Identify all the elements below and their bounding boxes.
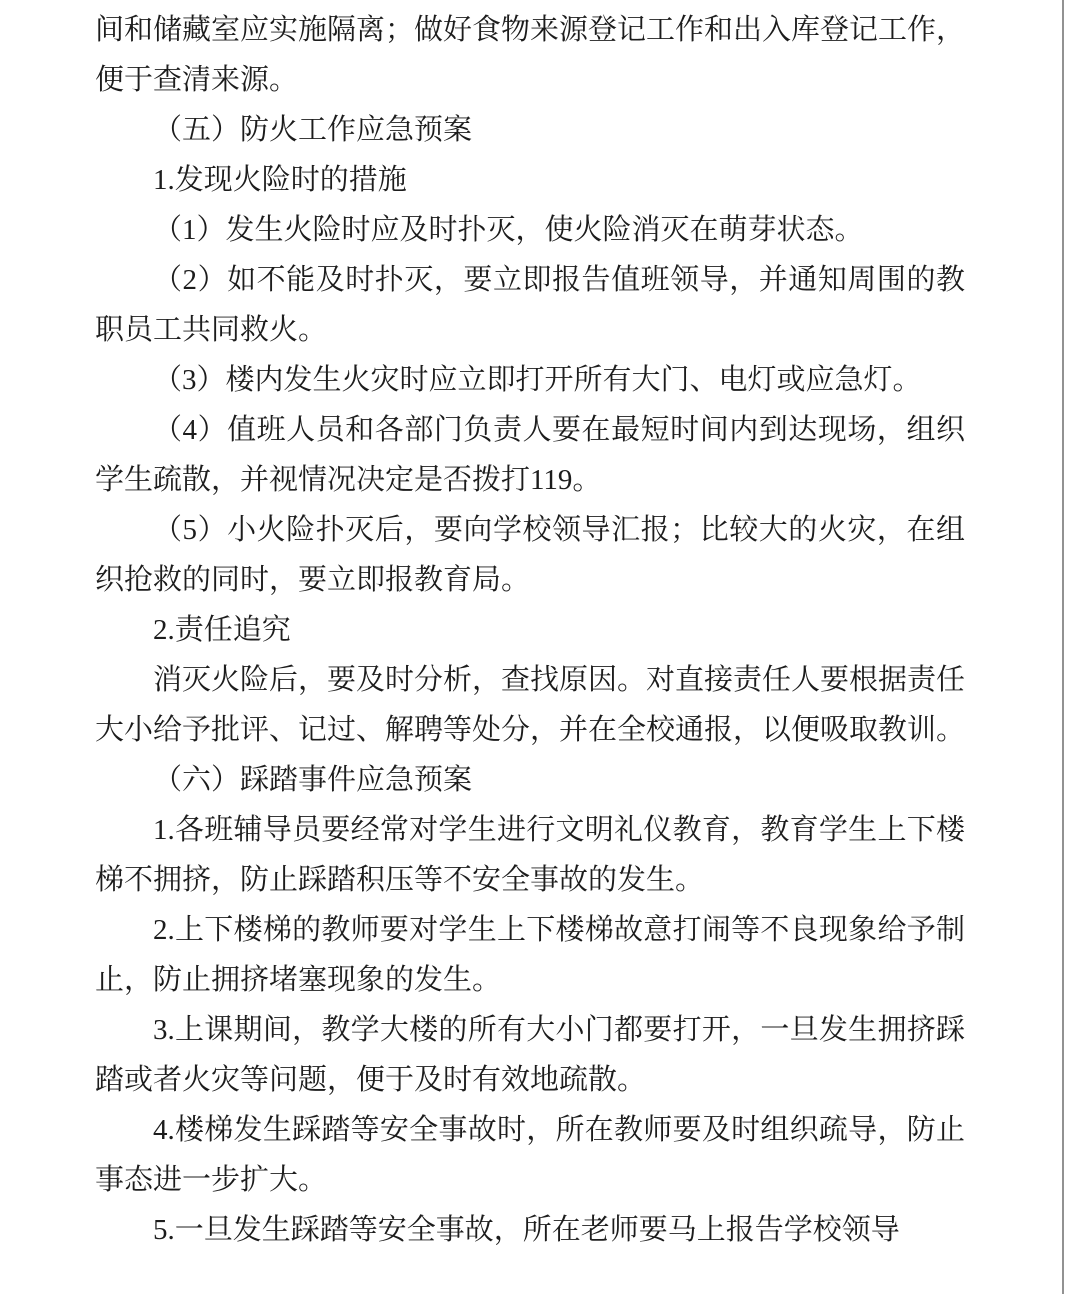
paragraph-storage-isolation-continuation: 间和储藏室应实施隔离；做好食物来源登记工作和出入库登记工作，便于查清来源。 [95,5,965,105]
subheading-fire-measures: 1.发现火险时的措施 [95,155,965,205]
document-page: 间和储藏室应实施隔离；做好食物来源登记工作和出入库登记工作，便于查清来源。 （五… [0,0,1066,1294]
subheading-responsibility: 2.责任追究 [95,605,965,655]
paragraph-fire-item-4: （4）值班人员和各部门负责人要在最短时间内到达现场，组织学生疏散，并视情况决定是… [95,405,965,505]
paragraph-fire-item-1: （1）发生火险时应及时扑灭，使火险消灭在萌芽状态。 [95,205,965,255]
paragraph-fire-item-2: （2）如不能及时扑灭，要立即报告值班领导，并通知周围的教职员工共同救火。 [95,255,965,355]
paragraph-stampede-item-3: 3.上课期间，教学大楼的所有大小门都要打开，一旦发生拥挤踩踏或者火灾等问题，便于… [95,1005,965,1105]
document-body-text: 间和储藏室应实施隔离；做好食物来源登记工作和出入库登记工作，便于查清来源。 （五… [95,5,965,1255]
section-heading-stampede-plan: （六）踩踏事件应急预案 [95,755,965,805]
paragraph-stampede-item-1: 1.各班辅导员要经常对学生进行文明礼仪教育，教育学生上下楼梯不拥挤，防止踩踏积压… [95,805,965,905]
paragraph-fire-item-3: （3）楼内发生火灾时应立即打开所有大门、电灯或应急灯。 [95,355,965,405]
paragraph-stampede-item-2: 2.上下楼梯的教师要对学生上下楼梯故意打闹等不良现象给予制止，防止拥挤堵塞现象的… [95,905,965,1005]
paragraph-fire-item-5: （5）小火险扑灭后，要向学校领导汇报；比较大的火灾，在组织抢救的同时，要立即报教… [95,505,965,605]
page-edge-divider [1062,0,1064,1294]
section-heading-fire-plan: （五）防火工作应急预案 [95,105,965,155]
paragraph-responsibility-detail: 消灭火险后，要及时分析，查找原因。对直接责任人要根据责任大小给予批评、记过、解聘… [95,655,965,755]
paragraph-stampede-item-5: 5.一旦发生踩踏等安全事故，所在老师要马上报告学校领导 [95,1205,965,1255]
paragraph-stampede-item-4: 4.楼梯发生踩踏等安全事故时，所在教师要及时组织疏导，防止事态进一步扩大。 [95,1105,965,1205]
